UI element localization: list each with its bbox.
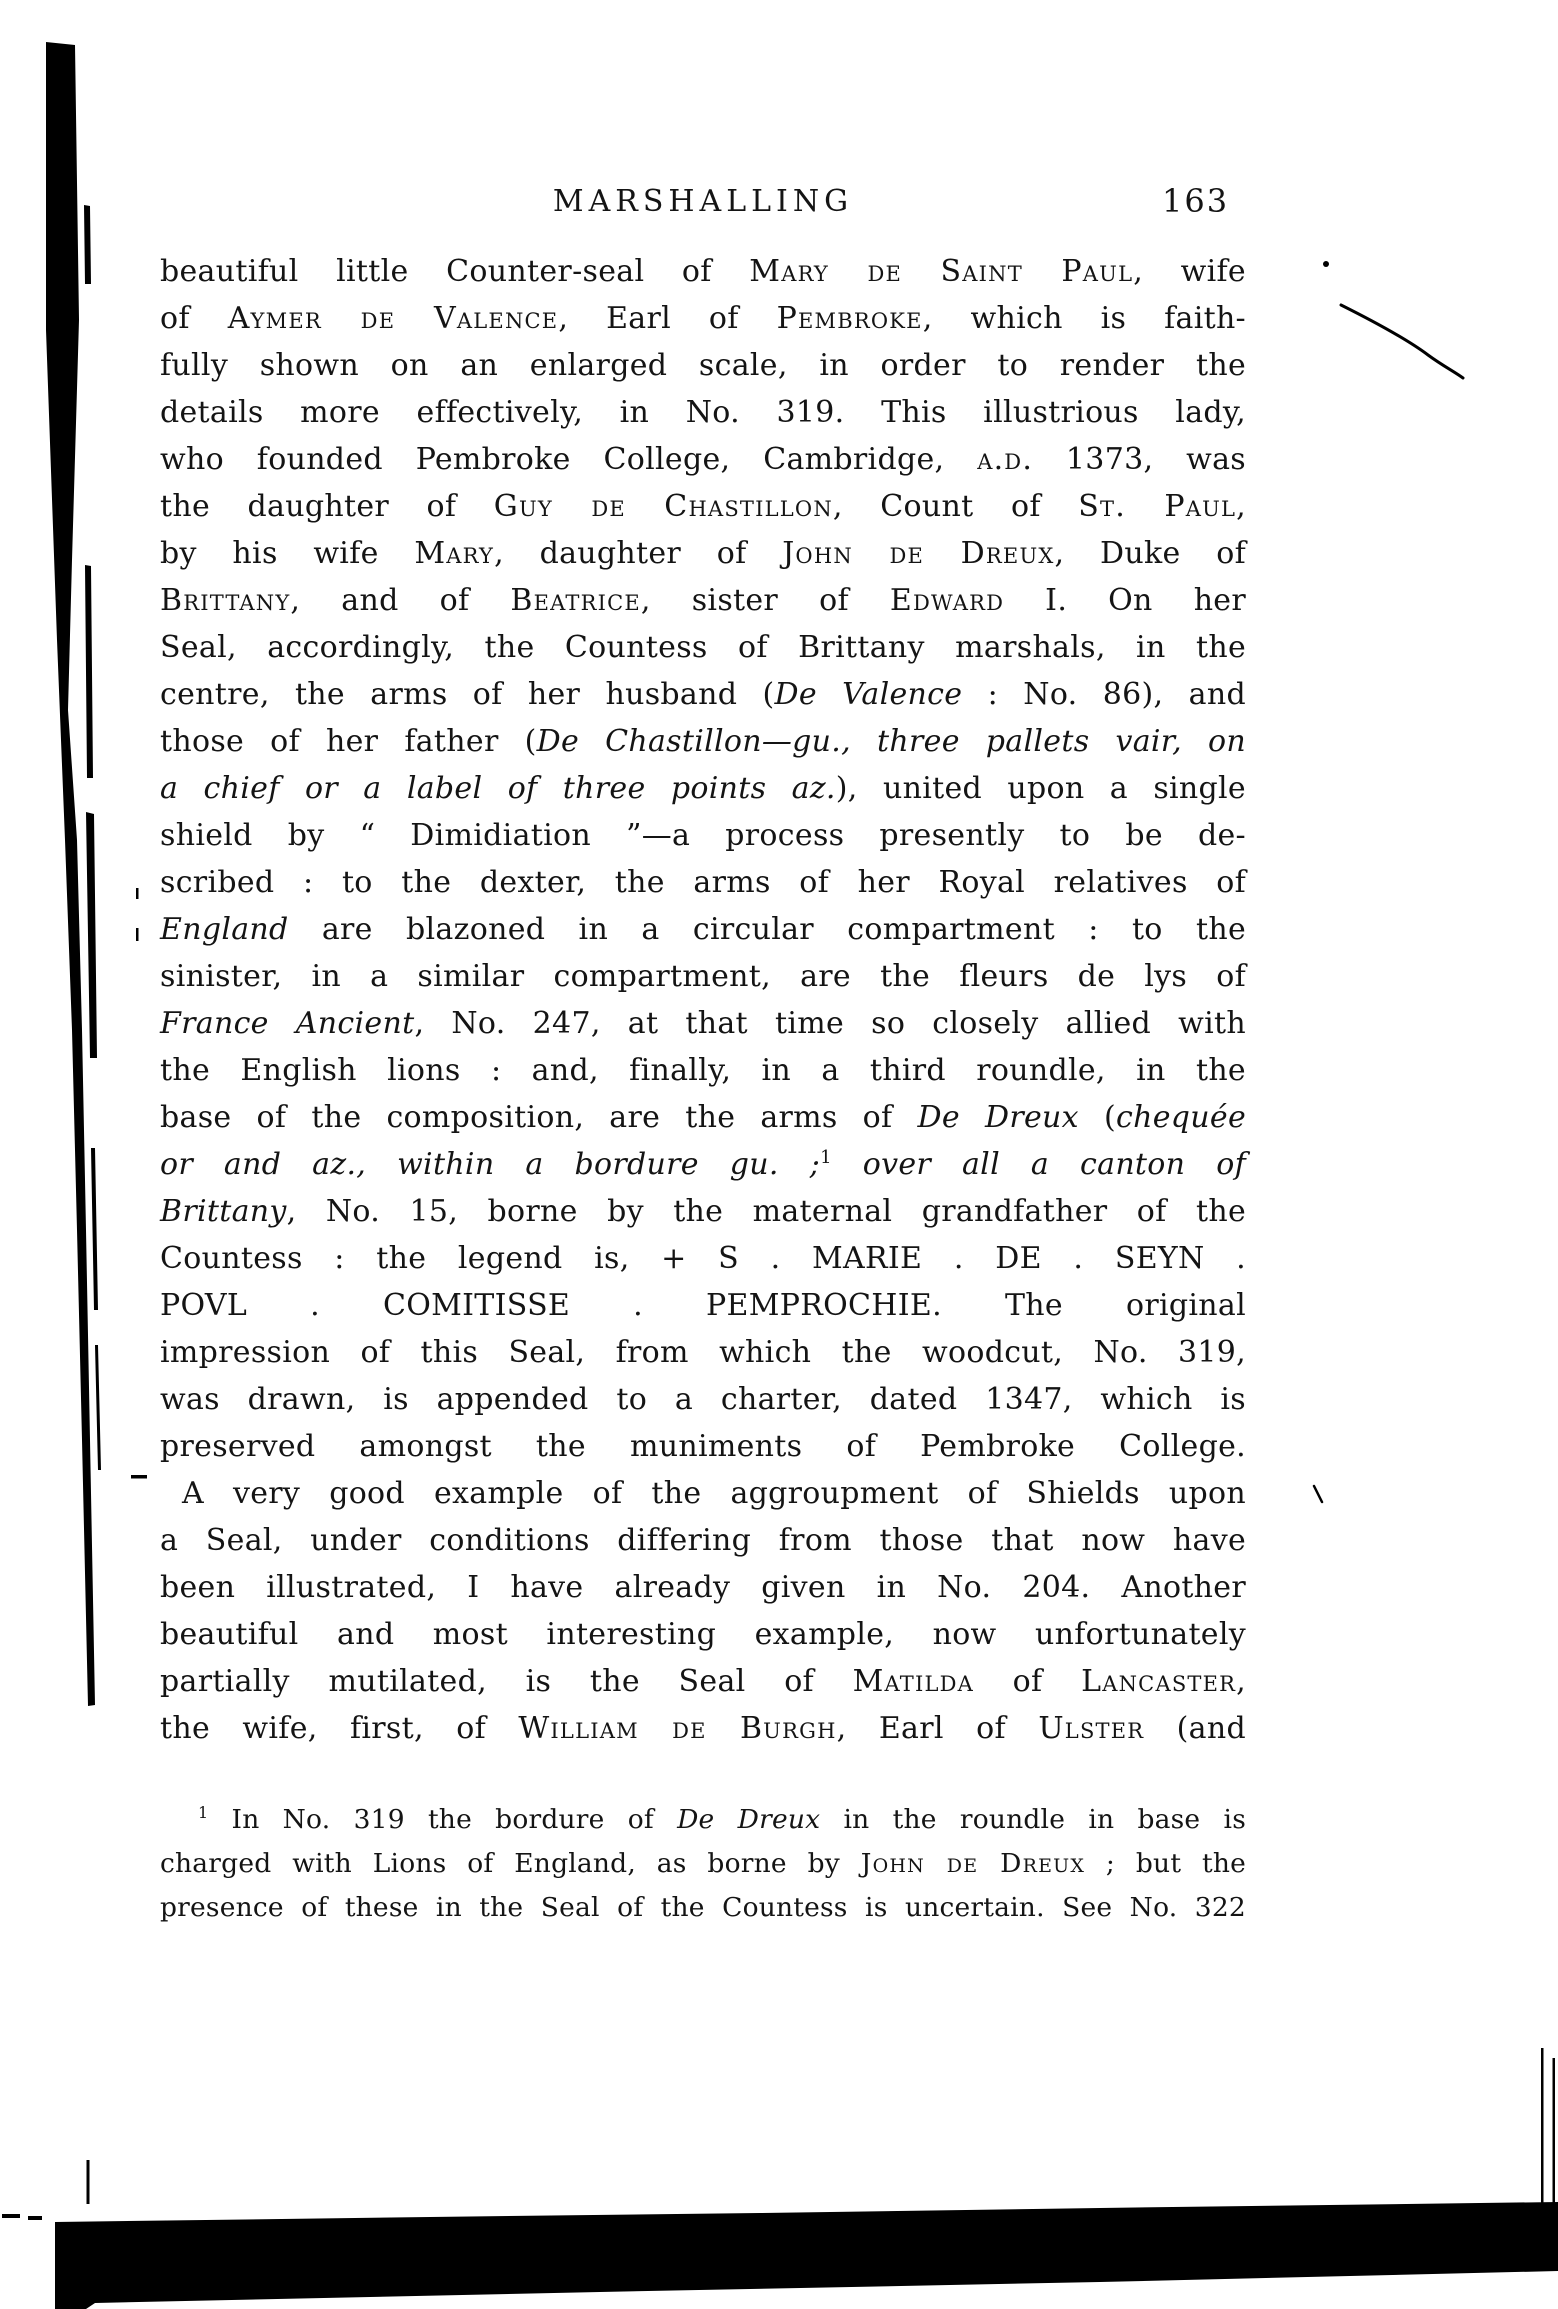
text-segment: Brittany (160, 583, 290, 618)
body-line: shield by “ Dimidiation ”—a process pres… (160, 812, 1246, 859)
text-segment: Beatrice (510, 583, 641, 618)
body-line: fully shown on an enlarged scale, in ord… (160, 342, 1246, 389)
text-segment: centre, the arms of her husband ( (160, 677, 775, 712)
body-line: Brittany, and of Beatrice, sister of Edw… (160, 577, 1246, 624)
text-segment: POVL . COMITISSE . PEMPROCHIE. The origi… (160, 1288, 1246, 1323)
text-segment: fully shown on an enlarged scale, in ord… (160, 348, 1246, 383)
page-number: 163 (1162, 182, 1229, 220)
running-title: MARSHALLING (160, 184, 1246, 219)
margin-dash (131, 1475, 147, 1479)
text-segment: of (974, 1664, 1081, 1699)
body-text: beautiful little Counter-seal of Mary de… (160, 248, 1246, 1752)
body-line: France Ancient, No. 247, at that time so… (160, 1000, 1246, 1047)
text-segment: over all a canton of (832, 1147, 1246, 1182)
text-segment: 1373, was (1033, 442, 1246, 477)
text-segment: St. Paul (1078, 489, 1236, 524)
text-segment: Pembroke (777, 301, 923, 336)
footnote-line: 1 In No. 319 the bordure of De Dreux in … (160, 1798, 1246, 1842)
text-segment: a.d. (977, 442, 1033, 477)
body-line: a Seal, under conditions differing from … (160, 1517, 1246, 1564)
text-segment: John de Dreux (861, 1848, 1085, 1879)
text-segment: the daughter of (160, 489, 494, 524)
text-segment: , Count of (833, 489, 1078, 524)
body-line: by his wife Mary, daughter of John de Dr… (160, 530, 1246, 577)
body-line: the wife, first, of William de Burgh, Ea… (160, 1705, 1246, 1752)
body-line: the English lions : and, finally, in a t… (160, 1047, 1246, 1094)
body-line: scribed : to the dexter, the arms of her… (160, 859, 1246, 906)
text-segment: or and az., within a bordure gu. ; (160, 1147, 820, 1182)
text-segment: A very good example of the aggroupment o… (182, 1476, 1246, 1511)
binding-shadow-bar (46, 42, 95, 1706)
text-segment: , (1236, 1664, 1246, 1699)
text-segment: impression of this Seal, from which the … (160, 1335, 1246, 1370)
text-segment: Edward (890, 583, 1004, 618)
footnote-line: charged with Lions of England, as borne … (160, 1842, 1246, 1886)
body-line: POVL . COMITISSE . PEMPROCHIE. The origi… (160, 1282, 1246, 1329)
body-line: or and az., within a bordure gu. ;1 over… (160, 1141, 1246, 1188)
text-segment: , Duke of (1055, 536, 1246, 571)
text-segment: ( (1079, 1100, 1116, 1135)
text-segment: France Ancient (160, 1006, 414, 1041)
edge-mark (87, 2160, 90, 2204)
body-line: was drawn, is appended to a charter, dat… (160, 1376, 1246, 1423)
margin-tick-lower (136, 928, 139, 941)
text-segment: John de Dreux (782, 536, 1054, 571)
book-page: MARSHALLING 163 beautiful little Counter… (0, 0, 1558, 2309)
text-segment: of (160, 301, 228, 336)
text-segment: I. On her (1004, 583, 1246, 618)
text-segment: , Earl of (558, 301, 776, 336)
text-segment: Aymer de Valence (228, 301, 559, 336)
text-segment: : No. 86), and (962, 677, 1246, 712)
text-segment: In No. 319 the bordure of (208, 1804, 677, 1835)
body-line: Seal, accordingly, the Countess of Britt… (160, 624, 1246, 671)
text-segment: been illustrated, I have already given i… (160, 1570, 1246, 1605)
footnote-line: presence of these in the Seal of the Cou… (160, 1886, 1246, 1930)
right-margin-tick (1314, 1486, 1322, 1502)
text-segment: , and of (290, 583, 510, 618)
bottom-edge-dash-1 (2, 2214, 20, 2218)
text-segment: shield by “ Dimidiation ”—a process pres… (160, 818, 1246, 853)
page-edge-line-1 (1541, 2048, 1544, 2208)
page-edge-line-2 (1553, 2058, 1556, 2208)
text-segment: , daughter of (494, 536, 782, 571)
text-segment: details more effectively, in No. 319. Th… (160, 395, 1246, 430)
text-segment: 1 (198, 1803, 208, 1822)
body-line: impression of this Seal, from which the … (160, 1329, 1246, 1376)
body-line: of Aymer de Valence, Earl of Pembroke, w… (160, 295, 1246, 342)
text-segment: are blazoned in a circular compartment :… (289, 912, 1246, 947)
text-segment: was drawn, is appended to a charter, dat… (160, 1382, 1246, 1417)
text-segment: a Seal, under conditions differing from … (160, 1523, 1246, 1558)
body-line: sinister, in a similar compartment, are … (160, 953, 1246, 1000)
text-segment: De Chastillon—gu., three pallets vair (537, 724, 1172, 759)
margin-tick-upper (136, 888, 139, 899)
text-segment: Brittany (160, 1194, 287, 1229)
stray-pen-mark (1341, 305, 1463, 378)
text-segment: , which is faith- (923, 301, 1246, 336)
text-segment: (and (1144, 1711, 1246, 1746)
text-segment: beautiful little Counter-seal of (160, 254, 749, 289)
body-line: those of her father (De Chastillon—gu., … (160, 718, 1246, 765)
text-segment: , No. 15, borne by the maternal grandfat… (287, 1194, 1246, 1229)
text-segment: Lancaster (1081, 1664, 1236, 1699)
text-segment: , sister of (641, 583, 890, 618)
text-segment: De Valence (775, 677, 963, 712)
text-segment: De Dreux (918, 1100, 1079, 1135)
text-segment: in the roundle in base is (820, 1804, 1246, 1835)
body-line: England are blazoned in a circular compa… (160, 906, 1246, 953)
body-line: who founded Pembroke College, Cambridge,… (160, 436, 1246, 483)
text-segment: 1 (820, 1147, 832, 1168)
body-line: Brittany, No. 15, borne by the maternal … (160, 1188, 1246, 1235)
text-segment: , No. 247, at that time so closely allie… (414, 1006, 1246, 1041)
text-segment: De Dreux (677, 1804, 820, 1835)
text-segment: those of her father ( (160, 724, 537, 759)
text-segment: partially mutilated, is the Seal of (160, 1664, 853, 1699)
text-segment: Ulster (1038, 1711, 1144, 1746)
body-line: base of the composition, are the arms of… (160, 1094, 1246, 1141)
text-segment: who founded Pembroke College, Cambridge, (160, 442, 977, 477)
text-segment: a chief or a label of three points az. (160, 771, 836, 806)
body-line: the daughter of Guy de Chastillon, Count… (160, 483, 1246, 530)
text-segment: ; but the (1085, 1848, 1246, 1879)
text-segment: , Earl of (837, 1711, 1039, 1746)
text-segment: the English lions : and, finally, in a t… (160, 1053, 1246, 1088)
text-segment: Mary de Saint Paul (749, 254, 1133, 289)
body-line: been illustrated, I have already given i… (160, 1564, 1246, 1611)
body-line: details more effectively, in No. 319. Th… (160, 389, 1246, 436)
text-segment: , (1236, 489, 1246, 524)
body-line: preserved amongst the muniments of Pembr… (160, 1423, 1246, 1470)
footnote: 1 In No. 319 the bordure of De Dreux in … (160, 1798, 1246, 1930)
text-segment: presence of these in the Seal of the Cou… (160, 1892, 1246, 1923)
text-segment: base of the composition, are the arms of (160, 1100, 918, 1135)
text-segment: ), united upon a single (836, 771, 1246, 806)
body-line: Countess : the legend is, + S . MARIE . … (160, 1235, 1246, 1282)
text-segment: Seal, accordingly, the Countess of Britt… (160, 630, 1246, 665)
text-segment: England (160, 912, 289, 947)
body-line: a chief or a label of three points az.),… (160, 765, 1246, 812)
body-line: centre, the arms of her husband (De Vale… (160, 671, 1246, 718)
text-segment: charged with Lions of England, as borne … (160, 1848, 861, 1879)
text-segment: preserved amongst the muniments of Pembr… (160, 1429, 1246, 1464)
ink-dot (1323, 261, 1329, 267)
text-segment: Matilda (853, 1664, 974, 1699)
body-line: A very good example of the aggroupment o… (160, 1470, 1246, 1517)
text-segment: the wife, first, of (160, 1711, 518, 1746)
text-segment: William de Burgh (518, 1711, 836, 1746)
text-segment: , wife (1133, 254, 1246, 289)
body-line: beautiful little Counter-seal of Mary de… (160, 248, 1246, 295)
bottom-edge-dash-2 (28, 2216, 42, 2220)
text-segment: Countess : the legend is, + S . MARIE . … (160, 1241, 1246, 1276)
binding-streaks (84, 205, 101, 1470)
body-line: beautiful and most interesting example, … (160, 1611, 1246, 1658)
text-segment: , on (1172, 724, 1246, 759)
text-segment: scribed : to the dexter, the arms of her… (160, 865, 1246, 900)
text-segment: beautiful and most interesting example, … (160, 1617, 1246, 1652)
text-segment: Mary (414, 536, 494, 571)
text-segment: chequée (1116, 1100, 1246, 1135)
text-segment: sinister, in a similar compartment, are … (160, 959, 1246, 994)
body-line: partially mutilated, is the Seal of Mati… (160, 1658, 1246, 1705)
text-segment: Guy de Chastillon (494, 489, 833, 524)
text-segment: by his wife (160, 536, 414, 571)
bottom-scan-edge (55, 2202, 1558, 2309)
